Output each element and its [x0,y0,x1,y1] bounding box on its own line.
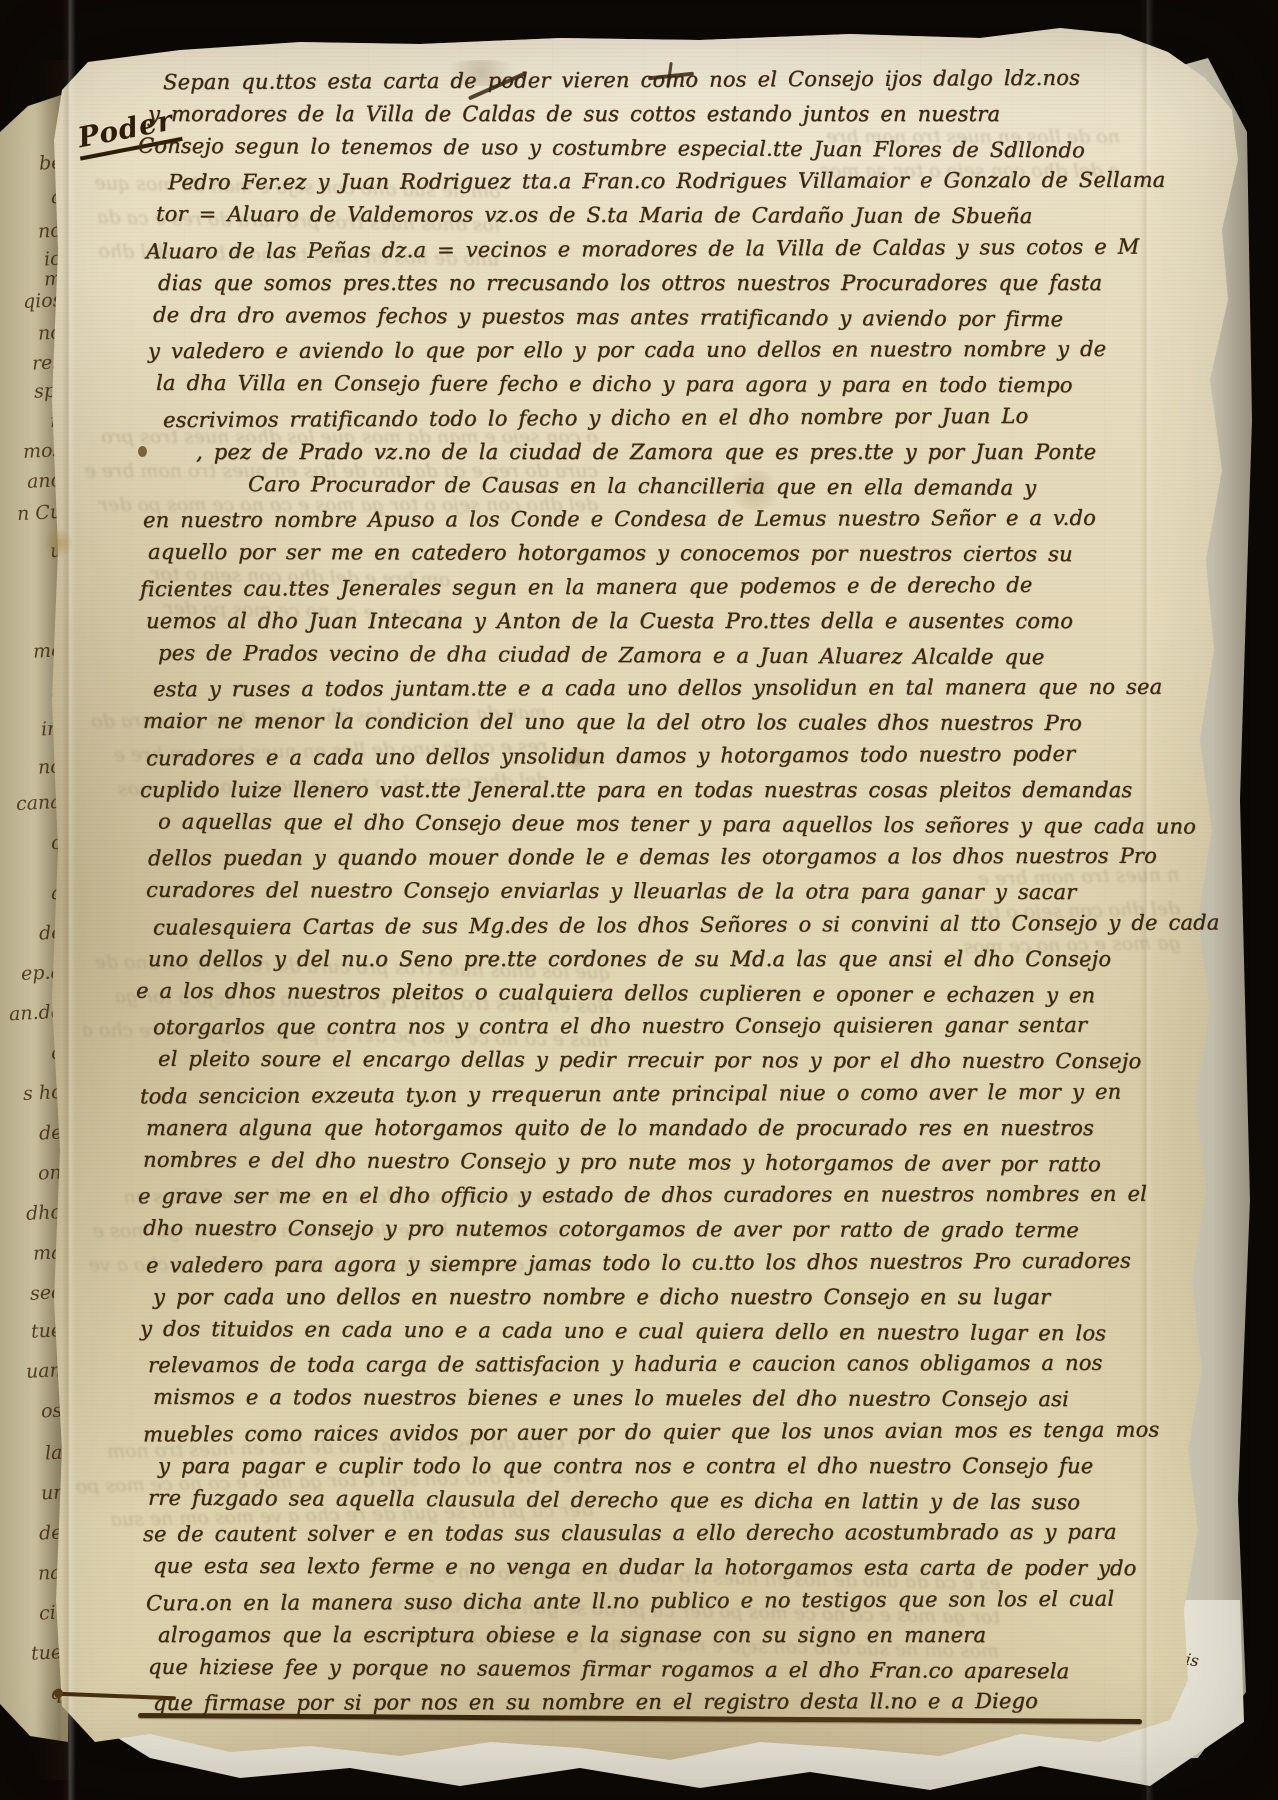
text-line: el pleito soure el encargo dellas y pedi… [158,1047,1141,1073]
text-line: curadores del nuestro Consejo enviarlas … [146,878,1076,904]
text-line: alrogamos que la escriptura obiese e la … [158,1623,986,1647]
text-line: y por cada uno dellos en nuestro nombre … [153,1285,1050,1309]
text-line: dho nuestro Consejo y pro nutemos cotorg… [143,1216,1079,1242]
text-line: y moradores de la Villa de Caldas de sus… [148,102,1000,126]
text-line: muebles como raices avidos por auer por … [143,1418,1159,1447]
text-line: Caro Procurador de Causas en la chancill… [248,472,1036,500]
text-line: maior ne menor la condicion del uno que … [143,709,1082,735]
text-line: que esta sea lexto ferme e no venga en d… [153,1554,1137,1580]
text-line: dellos puedan y quando mouer donde le e … [148,844,1157,870]
text-line: tor = Aluaro de Valdemoros vz.os de S.ta… [156,202,1033,228]
text-line: Consejo segun lo tenemos de uso y costum… [138,133,1085,162]
text-line: de dra dro avemos fechos y puestos mas a… [153,302,1063,330]
text-line: la dha Villa en Consejo fuere fecho e di… [156,371,1073,397]
text-line: Sepan qu.ttos esta carta de poder vieren… [163,66,1080,94]
text-line: uno dellos y del nu.o Seno pre.tte cordo… [148,947,1111,971]
text-line: , pez de Prado vz.no de la ciudad de Zam… [196,440,1096,464]
text-line: nombres e del dho nuestro Consejo y pro … [143,1147,1101,1176]
text-line: curadores e a cada uno dellos ynsolidun … [146,742,1075,771]
text-line: relevamos de toda carga de sattisfacion … [148,1351,1103,1377]
text-block: Sepan qu.ttos esta carta de poder vieren… [128,0,1158,1800]
photo-background: lbeanoiomqiosnoressp.nmosanon Cuumeeirin… [0,0,1278,1800]
text-line: pes de Prados vecino de dha ciudad de Za… [158,640,1045,668]
text-line: uemos al dho Juan Intecana y Anton de la… [146,609,1073,633]
text-line: cuplido luize llenero vast.tte Jeneral.t… [140,778,1132,802]
text-line: ficientes cau.ttes Jenerales segun en la… [140,573,1033,601]
text-line: Pedro Fer.ez y Juan Rodriguez tta.a Fran… [168,168,1165,194]
text-line: e a los dhos nuestros pleitos o cualquie… [136,978,1095,1007]
text-line: o aquellas que el dho Consejo deue mos t… [158,809,1196,838]
text-line: escrivimos rratificando todo lo fecho y … [163,404,1028,432]
text-line: dias que somos pres.ttes no rrecusando l… [158,271,1102,295]
text-line: toda sencicion exzeuta ty.on y rrequerun… [140,1080,1121,1109]
text-line: esta y ruses a todos juntam.tte e a cada… [153,675,1162,701]
text-line: e grave ser me en el dho officio y estad… [138,1182,1147,1208]
text-line: que hiziese fee y porque no sauemos firm… [148,1654,1069,1683]
text-line: e valedero para agora y siempre jamas to… [146,1249,1131,1278]
text-line: que firmase por si por nos en su nombre … [153,1689,1038,1715]
text-line: y para pagar e cuplir todo lo que contra… [158,1454,1093,1478]
text-line: y valedero e aviendo lo que por ello y p… [148,337,1106,363]
text-line: cualesquiera Cartas de sus Mg.des de los… [153,910,1220,939]
fold-stain [46,526,72,560]
text-line: mismos e a todos nuestros bienes e unes … [153,1385,1069,1411]
text-line: se de cautent solver e en todas sus clau… [143,1520,1117,1546]
text-line: aquello por ser me en catedero hotorgamo… [148,540,1073,566]
text-line: en nuestro nombre Apuso a los Conde e Co… [143,506,1096,532]
text-line: otorgarlos que contra nos y contra el dh… [153,1013,1087,1039]
text-line: y dos tituidos en cada uno e a cada uno … [140,1316,1106,1345]
text-line: manera alguna que hotorgamos quito de lo… [146,1116,1094,1140]
text-line: Aluaro de las Peñas dz.a = vecinos e mor… [146,235,1139,264]
text-line: Cura.on en la manera suso dicha ante ll.… [146,1587,1114,1616]
text-line: rre fuzgado sea aquella clausula del der… [148,1485,1080,1514]
